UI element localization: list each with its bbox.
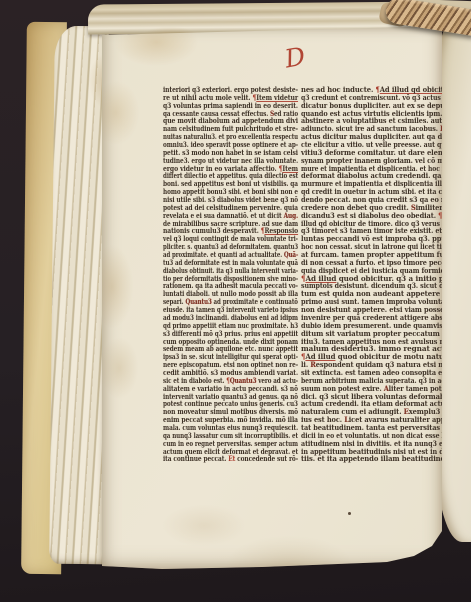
text-line: ergo videtur in eo variata affectio. ¶It… — [163, 164, 298, 172]
text-line: deformat diabolus actum credendi. qa cõ — [301, 171, 452, 179]
text-line: qd primo appetiit etiam nuc proximitate.… — [163, 321, 298, 329]
text-line: intervenit variatio quantu3 ad genus. qa… — [163, 392, 298, 400]
text-line: synam propter inanem gloriam. vel cõ mur — [301, 156, 452, 164]
text-line: nes ad hoc inducte. ¶Ad illud qd obicitu… — [301, 85, 452, 93]
text-line: revelata e ei sua damnatiõ. et ut dicit … — [163, 211, 298, 219]
text-line: qd credit in ouetur in actum sibi. et it… — [301, 187, 452, 195]
text-line: hoc non cessat. sicut in latrone qui lic… — [301, 242, 452, 250]
text-line: mure et impatientia et displicentia. et … — [301, 164, 452, 172]
text-line: dendo peccat. non quia credit s3 qa eo m… — [301, 195, 452, 203]
text-line: actum quem elicit deformat et depravat. … — [163, 447, 298, 455]
text-line: q3 voluntas prima sapiendi in eo deserit… — [163, 101, 298, 109]
text-line: sit extincta. est tamen adeo consopita e… — [301, 368, 452, 376]
text-line: primo ausi sunt. tamen improba voluntate — [301, 297, 452, 305]
text-line: di non cessat a furto. et ipso timore pe… — [301, 258, 452, 266]
text-line: diabolus obtinuit. ita q3 nulla interven… — [163, 266, 298, 274]
text-line: separi. Quantu3 ad proximitate e continu… — [163, 297, 298, 305]
text-line: illud qd obicitur de timore. dico q3 ver… — [301, 219, 452, 227]
text-line: murmure et impatientia et displicentia i… — [301, 179, 452, 187]
text-line: dicandu3 est si diabolus deo obediat. ¶A… — [301, 211, 452, 219]
text-line: nuitas naturaliu3. et pro excellentia re… — [163, 132, 298, 140]
text-line: rationem. qa ita adhesit macula peccati … — [163, 281, 298, 289]
text-line: tu3 ad deformitate est in mala voluntate… — [163, 258, 298, 266]
text-line: de mirabilibus sacre scripture. ad sue d… — [163, 219, 298, 227]
text-line: actus dicitur malus dupliciter. aut qa d… — [301, 132, 452, 140]
text-line: dubio idem presumerent. unde quamvis in — [301, 321, 452, 329]
text-line: qa nunq3 lassatur cum sit incorruptibili… — [163, 431, 298, 439]
text-line: tum est quida non audeant appetere qd — [301, 289, 452, 297]
worm-hole-speck — [348, 512, 351, 515]
text-line: invenire per quã crederent attigere absq… — [301, 313, 452, 321]
text-line: dicii in eo et voluntatis. ut non dicat … — [301, 431, 452, 439]
text-line: potest continue peccato unius generis. c… — [163, 399, 298, 407]
text-line: boni. sed appetitus est boni ut visibili… — [163, 179, 298, 187]
text-column-right: nes ad hoc inducte. ¶Ad illud qd obicitu… — [301, 85, 452, 462]
text-line: ¶Ad illud quod obicitur. q3 a initio pre — [301, 274, 452, 282]
text-line: q3 timoret s3 tamen timor iste existit. … — [301, 226, 452, 234]
text-line: naturalem cum ei adiungit. Exemplu3 hu — [301, 407, 452, 415]
text-line: luntas peccandi võ est improba q3. ppter — [301, 234, 452, 242]
text-line: enim peccat superbia. mõ invidia. mõ ill… — [163, 415, 298, 423]
text-line: cum opposito optinenda. unde dixit ponam — [163, 337, 298, 345]
text-line: cte elicitur a vitio. ut velle preesse. … — [301, 140, 452, 148]
text-line: ditum sit variatum propter peccatum in- — [301, 329, 452, 337]
text-line: berum arbitrium malicia superata. q3 in … — [301, 376, 452, 384]
text-line: tudine3. ergo ut videtur nec illa volunt… — [163, 156, 298, 164]
text-line: mala. cum voluntas eius nunq3 requiescit… — [163, 423, 298, 431]
text-line: quando est actus virtutis elicientis ipm… — [301, 109, 452, 117]
text-line: eiusde. ita tamen q3 intervenit varieto … — [163, 305, 298, 313]
text-line: malum desideriu3. immo regnat actu. — [301, 344, 452, 352]
text-line: non desistunt appetere. etsi viam possen… — [301, 305, 452, 313]
text-line: tio per deformitatis dispositionem sive … — [163, 274, 298, 282]
text-line: non moveatur simul motibus diversis. mõ — [163, 407, 298, 415]
text-line: differt dilectio et appetitus. quia dile… — [163, 171, 298, 179]
text-line: sic et in diabolo est. ¶Quantu3 vero ad … — [163, 376, 298, 384]
text-line: ¶Ad illud quod obicitur de motu natura — [301, 352, 452, 360]
text-line: ita continue peccat. Et concedende sut r… — [163, 454, 298, 462]
text-line: vel q3 loqui contingit de mala voluntate… — [163, 234, 298, 242]
text-line: vitiu3 deforme comitatur. ut dare elemo- — [301, 148, 452, 156]
text-line: at furcam. tamen propter appetitum fura — [301, 250, 452, 258]
photograph-background: { "page": { "folio_mark": "D" }, "palett… — [0, 0, 471, 602]
text-line: nam celsitudinem fuit pulchritudo et str… — [163, 124, 298, 132]
text-line: dicatur bonus dupliciter. aut ex se depu… — [301, 101, 452, 109]
folio-mark-initial: D — [283, 43, 307, 71]
text-line: ipsa3 in se. sicut intelligitur qui sper… — [163, 352, 298, 360]
text-column-left: interiori q3 exteriori. ergo potest desi… — [163, 85, 298, 462]
text-line: itiu3. tamen appetitus non est avulsus n… — [301, 337, 452, 345]
text-line: quia displicet ei dei iusticia quam form… — [301, 266, 452, 274]
text-line: credere non debet quo credit. Similiter … — [301, 203, 452, 211]
text-line: omniu3. ideo speravit posse optinere et … — [163, 140, 298, 148]
text-line: actum credendi. ita etiam deformat actum — [301, 399, 452, 407]
text-line: luntati diaboli. ut nullo modo possit ab… — [163, 289, 298, 297]
text-line: adiuncto. sicut ire ad sanctum iacobus. … — [301, 124, 452, 132]
text-line: nisi utile sibi. s3 diabolus videt bene … — [163, 195, 298, 203]
text-line: tiis. et ita appetendo illam beatitudine… — [301, 454, 452, 462]
text-line: nationis cumulu3 desperavit. ¶Responsio — [163, 226, 298, 234]
text-line: dici. q3 sicut libera voluntas deformaba… — [301, 392, 452, 400]
text-line: in appetitum beatitudinis nisi ut est in… — [301, 447, 452, 455]
text-line: re ut nihil actu mole velit. ¶Item videt… — [163, 93, 298, 101]
text-line: atitudinem nisi in divitiis. et ita nunq… — [301, 439, 452, 447]
text-line: ius est hoc. Licet avarus naturaliter ap… — [301, 415, 452, 423]
text-line: interiori q3 exteriori. ergo potest desi… — [163, 85, 298, 93]
text-line: s3 differenti mõ q3 prius. prius eni app… — [163, 329, 298, 337]
text-line: homo appetit bonu3 sibi. et boni sibi no… — [163, 187, 298, 195]
text-line: tat beatitudinem. tanta est perversitas … — [301, 423, 452, 431]
text-line: q3 credunt et contremiscunt. võ q3 actus… — [301, 93, 452, 101]
text-line: abstinere a voluptatibus et csimiles. au… — [301, 116, 452, 124]
open-page: D interiori q3 exteriori. ergo potest de… — [102, 26, 442, 569]
text-line: sumptois desistunt. dicendum q3. sicut d… — [301, 281, 452, 289]
text-line: que movit diabolum ad appetendum divi — [163, 116, 298, 124]
text-line: li. Respondent quidam q3 natura etsi non — [301, 360, 452, 368]
text-line: sedem meam ab aquilone etc. nunc appetit — [163, 344, 298, 352]
text-line: cedit ambitiõ. s3 modus ambiendi variat. — [163, 368, 298, 376]
text-line: qa cessante causa cessat effectus. Sed r… — [163, 109, 298, 117]
text-line: pliciter. s. quantu3 ad deformitatem. qu… — [163, 242, 298, 250]
text-line: potest ad dei celsitudinem pervenire. qu… — [163, 203, 298, 211]
text-line: nere episcopatum. etsi non optinet non r… — [163, 360, 298, 368]
text-line: petit. s3 modo non habet in se istam cel… — [163, 148, 298, 156]
text-line: cum in eo regnet perversitas. semper act… — [163, 439, 298, 447]
text-line: suum non potest exire. Aliter tamen pote… — [301, 384, 452, 392]
text-line: alitatem e variatio in actu peccandi. s3… — [163, 384, 298, 392]
text-line: ad modu3 inclinandi. diabolus eni ad idi… — [163, 313, 298, 321]
text-line: ad proximitate. et quanti ad actualitate… — [163, 250, 298, 258]
